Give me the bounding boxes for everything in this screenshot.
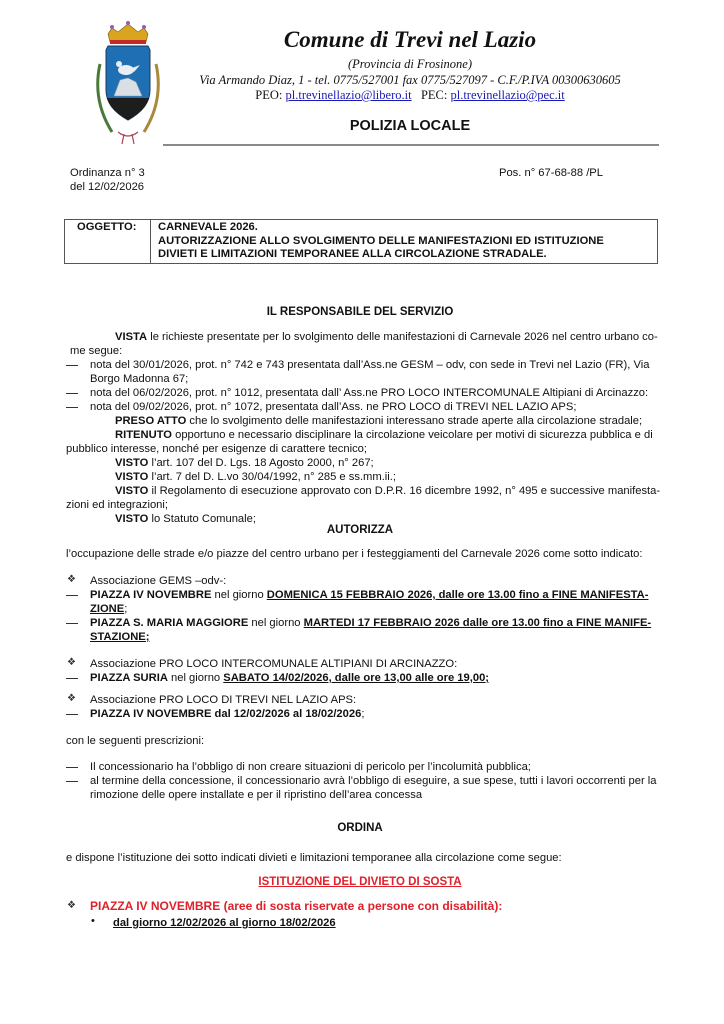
section-heading-responsabile: IL RESPONSABILE DEL SERVIZIO (64, 306, 656, 318)
dash-icon (66, 714, 78, 715)
proloco-inter-item: PIAZZA SURIA nel giorno SABATO 14/02/202… (90, 671, 489, 685)
dash-icon (66, 767, 78, 768)
ritenuto: RITENUTO opportuno e necessario discipli… (115, 428, 653, 442)
divieto-piazza: PIAZZA IV NOVEMBRE (aree di sosta riserv… (90, 899, 502, 913)
dash-icon (66, 393, 78, 394)
nota-item-1: nota del 30/01/2026, prot. n° 742 e 743 … (90, 358, 649, 372)
visto-2: VISTO l’art. 7 del D. L.vo 30/04/1992, n… (115, 470, 396, 484)
gems-item-1-cont: ZIONE; (90, 602, 127, 616)
proloco-trevi-item: PIAZZA IV NOVEMBRE dal 12/02/2026 al 18/… (90, 707, 364, 721)
ordinance-date: del 12/02/2026 (70, 180, 144, 194)
subject-text: CARNEVALE 2026. AUTORIZZAZIONE ALLO SVOL… (158, 221, 604, 262)
department-title: POLIZIA LOCALE (160, 118, 660, 134)
gems-item-2-cont: STAZIONE; (90, 630, 149, 644)
visto-3-cont: zioni ed integrazioni; (66, 498, 168, 512)
assoc-proloco-inter: Associazione PRO LOCO INTERCOMUNALE ALTI… (90, 657, 457, 671)
pec-email-link[interactable]: pl.trevinellazio@pec.it (450, 88, 564, 102)
dash-icon (66, 678, 78, 679)
bullet-icon: • (91, 915, 95, 927)
subject-box: OGGETTO: CARNEVALE 2026. AUTORIZZAZIONE … (64, 219, 658, 264)
section-heading-ordina: ORDINA (64, 822, 656, 834)
preso-atto: PRESO ATTO che lo svolgimento delle mani… (115, 414, 642, 428)
subject-label: OGGETTO: (77, 221, 136, 233)
diamond-bullet-icon: ❖ (67, 693, 76, 704)
prescrizione-1: Il concessionario ha l’obbligo di non cr… (90, 760, 531, 774)
nota-item-3: nota del 09/02/2026, prot. n° 1072, pres… (90, 400, 576, 414)
autorizza-intro: l’occupazione delle strade e/o piazze de… (66, 547, 643, 561)
dash-icon (66, 407, 78, 408)
vista-cont: me segue: (70, 344, 122, 358)
dash-icon (66, 781, 78, 782)
assoc-gems: Associazione GEMS –odv-: (90, 574, 226, 588)
nota-item-2: nota del 06/02/2026, prot. n° 1012, pres… (90, 386, 648, 400)
municipality-name: Comune di Trevi nel Lazio (160, 27, 660, 53)
visto-3: VISTO il Regolamento di esecuzione appro… (115, 484, 660, 498)
nota-item-1-cont: Borgo Madonna 67; (90, 372, 188, 386)
peo-email-link[interactable]: pl.trevinellazio@libero.it (286, 88, 412, 102)
province: (Provincia di Frosinone) (160, 57, 660, 72)
ordina-intro: e dispone l’istituzione dei sotto indica… (66, 851, 562, 865)
divieto-period: dal giorno 12/02/2026 al giorno 18/02/20… (113, 916, 336, 930)
diamond-bullet-icon: ❖ (67, 900, 76, 911)
address-line: Via Armando Diaz, 1 - tel. 0775/527001 f… (160, 73, 660, 88)
gems-item-2: PIAZZA S. MARIA MAGGIORE nel giorno MART… (90, 616, 651, 630)
ordinance-number: Ordinanza n° 3 (70, 166, 145, 180)
header-divider (163, 144, 659, 146)
dash-icon (66, 365, 78, 366)
pec-label: PEC: (421, 88, 447, 102)
ritenuto-cont: pubblico interesse, nonché per esigenze … (66, 442, 367, 456)
gems-item-1: PIAZZA IV NOVEMBRE nel giorno DOMENICA 1… (90, 588, 648, 602)
peo-label: PEO: (255, 88, 282, 102)
prescrizioni-intro: con le seguenti prescrizioni: (66, 734, 204, 748)
dash-icon (66, 595, 78, 596)
diamond-bullet-icon: ❖ (67, 574, 76, 585)
coat-of-arms-icon (88, 20, 168, 148)
contacts-line: PEO: pl.trevinellazio@libero.it PEC: pl.… (160, 88, 660, 103)
prescrizione-2: al termine della concessione, il concess… (90, 774, 657, 788)
section-heading-autorizza: AUTORIZZA (64, 524, 656, 536)
vista-paragraph: VISTA le richieste presentate per lo svo… (115, 330, 658, 344)
assoc-proloco-trevi: Associazione PRO LOCO DI TREVI NEL LAZIO… (90, 693, 356, 707)
visto-1: VISTO l’art. 107 del D. Lgs. 18 Agosto 2… (115, 456, 374, 470)
position-number: Pos. n° 67-68-88 /PL (499, 166, 603, 180)
dash-icon (66, 623, 78, 624)
diamond-bullet-icon: ❖ (67, 657, 76, 668)
prescrizione-2-cont: rimozione delle opere installate e per i… (90, 788, 422, 802)
divieto-heading: ISTITUZIONE DEL DIVIETO DI SOSTA (64, 876, 656, 888)
